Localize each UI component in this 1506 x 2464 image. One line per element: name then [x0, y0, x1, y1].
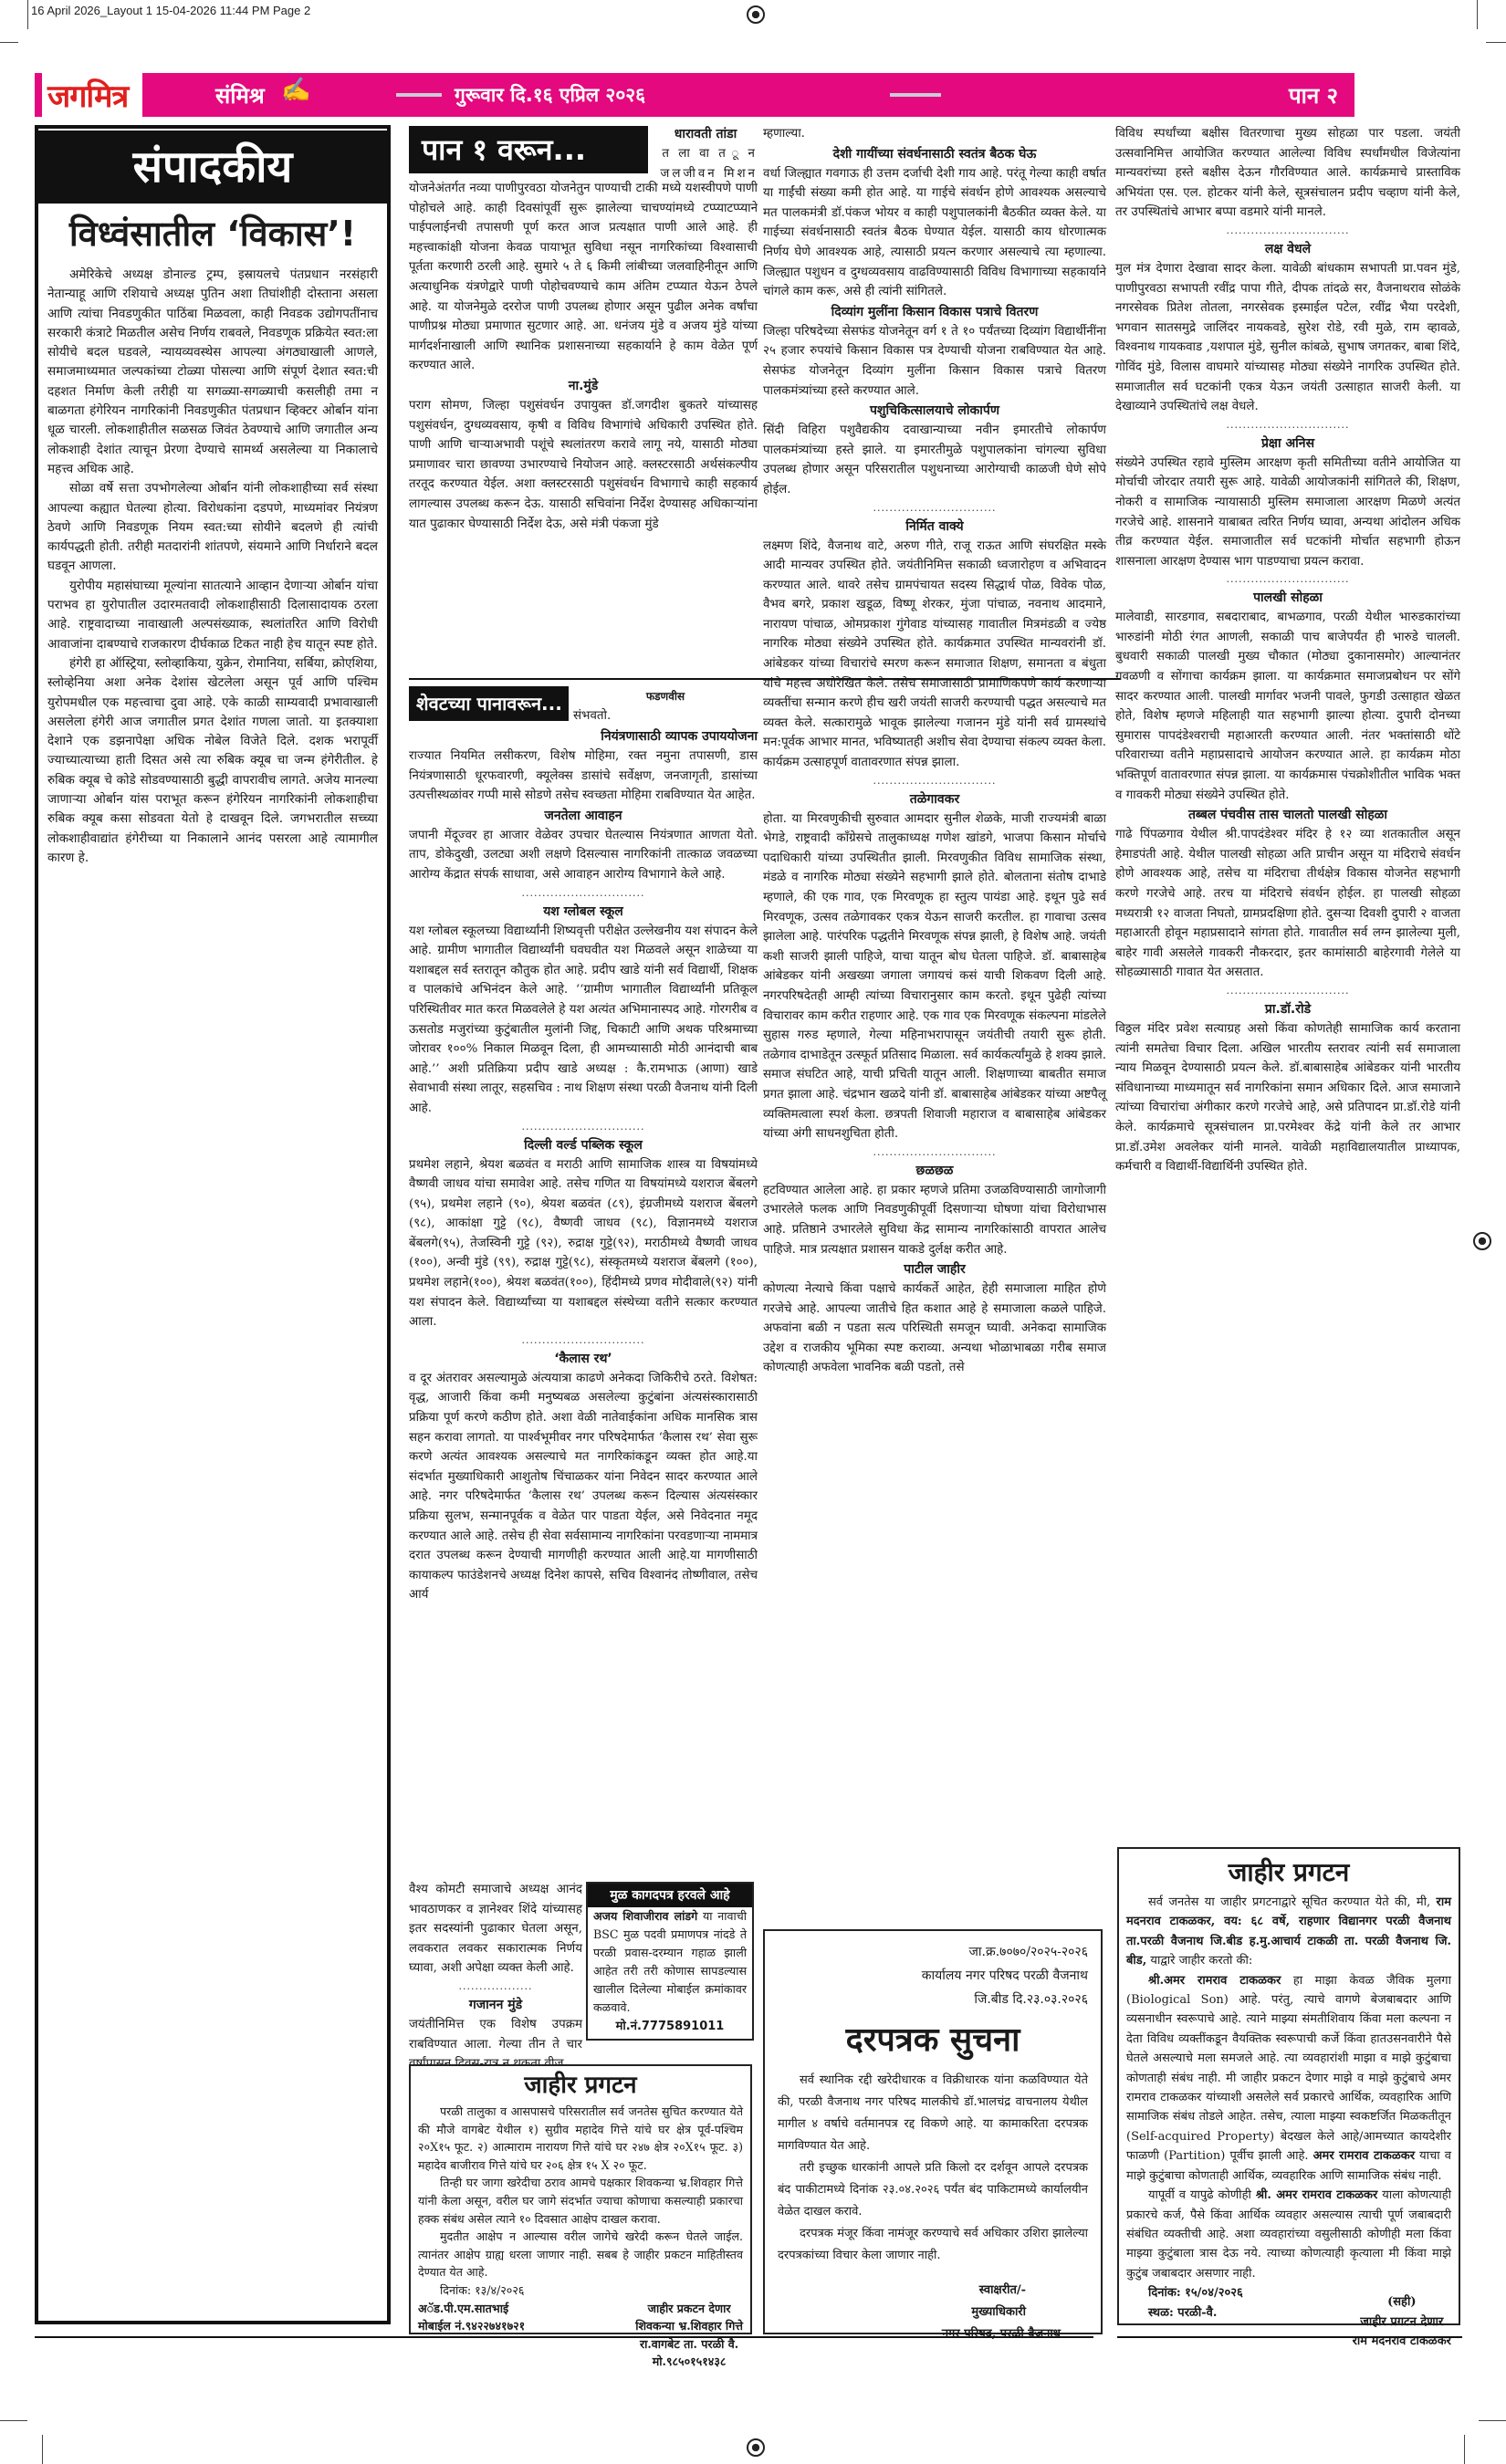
- column-3: म्हणाल्या. देशी गायींच्या संवर्धनासाठी स…: [763, 124, 1106, 1378]
- crop-mark: [0, 42, 18, 43]
- masthead-banner: जगमित्र संमिश्र ✍ गुरूवार दि.१६ एप्रिल २…: [35, 73, 1354, 117]
- article-paragraph: म्हणाल्या.: [763, 124, 1106, 144]
- newspaper-logo: जगमित्र: [47, 74, 128, 116]
- tender-notice: जा.क्र.७०७०/२०२५-२०२६ कार्यालय नगर परिषद…: [763, 1929, 1103, 2334]
- article-paragraph: सिंदी विहिरा पशुवैद्यकीय दवाखान्याच्या न…: [763, 421, 1106, 499]
- article-paragraph: योजनेअंतर्गत नव्या पाणीपुरवठा योजनेतुन प…: [409, 179, 758, 376]
- separator-dots: ..................: [409, 1979, 582, 1995]
- article-subhead: यश ग्लोबल स्कूल: [409, 902, 758, 922]
- notice-date: दिनांक: १५/०४/२०२६: [1148, 2283, 1243, 2302]
- article-subhead: निर्मित वाक्ये: [763, 517, 1106, 537]
- article-paragraph: कोणत्या नेत्याचे किंवा पक्षाचे कार्यकर्त…: [763, 1279, 1106, 1378]
- notice-signatures: अॅड.पी.एम.सातभाई मोबाईल नं.९४२२७४१७२१ जा…: [418, 2300, 743, 2371]
- separator-dots: ..............................: [763, 1144, 1106, 1161]
- article-subhead: तब्बल पंचवीस तास चालतो पालखी सोहळा: [1115, 805, 1460, 825]
- lost-documents-body: अजय शिवाजीराव लांडगे या नावाची BSC मुळ प…: [593, 1907, 747, 2017]
- article-paragraph: मालेवाडी, सारडगाव, सबदाराबाद, बाभळगाव, प…: [1115, 608, 1460, 805]
- separator-dots: ..............................: [409, 1332, 758, 1349]
- article-subhead: छळछळ: [763, 1161, 1106, 1181]
- editorial-paragraph: हंगेरी हा ऑस्ट्रिया, स्लोव्हाकिया, युक्र…: [47, 654, 378, 868]
- issuer-mobile: मो.९८५०१५१४३८: [635, 2353, 743, 2371]
- column-2-section2-top: फडणवीस संभवतो. नियंत्रणासाठी व्यापक उपाय…: [573, 686, 758, 747]
- registration-mark-icon: [1473, 1232, 1491, 1250]
- tender-ref-no: जा.क्र.७०७०/२०२५-२०२६: [778, 1940, 1088, 1964]
- notice-subject-name: श्री. अमर रामराव टाकळकर: [1256, 2188, 1378, 2202]
- editorial-title: विध्वंसातील ‘विकास’!: [38, 202, 387, 262]
- lead-fragment: त ला वा त ू न जलजीवन मिशन: [654, 144, 758, 183]
- tender-office: कार्यालय नगर परिषद परळी वैजनाथ: [778, 1964, 1088, 1988]
- article-paragraph: राज्यात नियमित लसीकरण, विशेष मोहिमा, रक्…: [409, 747, 758, 806]
- issue-date: गुरूवार दि.१६ एप्रिल २०२६: [455, 82, 645, 108]
- notice-text: याला कोणत्याही प्रकारचे कर्ज, पैसे किंवा…: [1126, 2188, 1451, 2281]
- tender-signature: स्वाक्षरीत/- मुख्याधिकारी नगर परिषद, परळ…: [778, 2280, 1088, 2345]
- column-2-body: योजनेअंतर्गत नव्या पाणीपुरवठा योजनेतुन प…: [409, 179, 758, 534]
- notice-paragraph: सर्व जनतेस या जाहीर प्रगटनाद्वारे सूचित …: [1126, 1893, 1451, 1971]
- article-subhead: पालखी सोहळा: [1115, 588, 1460, 608]
- article-paragraph: प्रथमेश लहाने, श्रेयश बळवंत व मराठी आणि …: [409, 1155, 758, 1332]
- notice-date: दिनांक: १३/४/२०२६: [418, 2281, 743, 2300]
- article-paragraph: विविध स्पर्धांच्या बक्षीस वितरणाचा मुख्य…: [1115, 124, 1460, 223]
- lost-documents-text: या नावाची BSC मुळ पदवी प्रमाणपत्र नांदडे…: [593, 1909, 747, 2014]
- notice-paragraph: तिन्ही घर जागा खरेदीचा ठराव आमचे पक्षकार…: [418, 2174, 743, 2228]
- notice-text: सर्व जनतेस या जाहीर प्रगटनाद्वारे सूचित …: [1148, 1895, 1437, 1909]
- crop-mark: [0, 2420, 27, 2421]
- notice-text: याद्वारे जाहीर करतो की:: [1146, 1954, 1252, 1968]
- signature-line: स्वाक्षरीत/-: [778, 2280, 1061, 2302]
- column-2-narrow: वैश्य कोमटी समाजाचे अध्यक्ष आनंद भावठाणक…: [409, 1880, 582, 2074]
- separator-dots: ..............................: [1115, 571, 1460, 588]
- notice-paragraph: मुदतीत आक्षेप न आल्यास वरील जागेचे खरेदी…: [418, 2228, 743, 2281]
- notice-paragraph: यापूर्वी व यापुढे कोणीही श्री. अमर रामरा…: [1126, 2186, 1451, 2283]
- masthead-rule: [890, 93, 941, 97]
- article-paragraph: वर्धा जिल्ह्यात गवगाऊ ही उत्तम दर्जाची द…: [763, 164, 1106, 302]
- editorial-paragraph: अमेरिकेचे अध्यक्ष डोनाल्ड ट्रम्प, इस्राय…: [47, 266, 378, 479]
- issuer-block: (सही) जाहीर प्रगटन देणार राम मदनराव टाकळ…: [1353, 2283, 1451, 2351]
- article-subhead: तळेगावकर: [763, 789, 1106, 809]
- print-slug: 16 April 2026_Layout 1 15-04-2026 11:44 …: [31, 4, 310, 17]
- separator-dots: ..............................: [763, 773, 1106, 789]
- article-subhead: दिल्ली वर्ल्ड पब्लिक स्कूल: [409, 1135, 758, 1155]
- article-paragraph: होता. या मिरवणुकीची सुरुवात आमदार सुनील …: [763, 809, 1106, 1144]
- tender-paragraph: तरी इच्छुक धारकांनी आपले प्रति किलो दर द…: [778, 2157, 1088, 2223]
- article-subhead: पाटील जाहीर: [763, 1259, 1106, 1279]
- issuer-address: रा.वागबेट ता. परळी वै.: [635, 2335, 743, 2354]
- tender-paragraph: दरपत्रक मंजूर किंवा नामंजूर करण्याचे सर्…: [778, 2223, 1088, 2267]
- notice-paragraph: परळी तालुका व आसपासचे परिसरातील सर्व जनत…: [418, 2103, 743, 2174]
- signature-mark: (सही): [1353, 2292, 1451, 2312]
- issuer-name: शिवकन्या भ्र.शिवहार गित्ते: [635, 2317, 743, 2335]
- article-subhead: प्रा.डॉ.रोडे: [1115, 999, 1460, 1019]
- separator-dots: ..............................: [763, 500, 1106, 517]
- public-notice-1: जाहीर प्रगटन परळी तालुका व आसपासचे परिसर…: [409, 2064, 752, 2334]
- separator-dots: ..............................: [1115, 983, 1460, 999]
- article-paragraph: लक्ष्मण शिंदे, वैजनाथ वाटे, अरुण गीते, र…: [763, 537, 1106, 773]
- notice-subject-name: अमर रामराव टाकळकर: [1313, 2149, 1415, 2163]
- continued-from-page1-header: पान १ वरून...: [409, 126, 648, 173]
- editorial-label: संपादकीय: [38, 129, 387, 202]
- lost-documents-ad: मुळ कागदपत्र हरवले आहे अजय शिवाजीराव लां…: [586, 1882, 754, 2041]
- date-place-block: दिनांक: १५/०४/२०२६ स्थळ: परळी-वै.: [1126, 2283, 1243, 2351]
- column-4: विविध स्पर्धांच्या बक्षीस वितरणाचा मुख्य…: [1115, 124, 1460, 1177]
- advocate-block: अॅड.पी.एम.सातभाई मोबाईल नं.९४२२७४१७२१: [418, 2300, 525, 2371]
- crop-mark: [1464, 2435, 1465, 2464]
- masthead-rule: [396, 93, 442, 97]
- article-paragraph: मुल मंत्र देणारा देखावा सादर केला. यावेळ…: [1115, 259, 1460, 417]
- crop-mark: [42, 2435, 43, 2464]
- article-paragraph: हटविण्यात आलेला आहे. हा प्रकार म्हणजे प्…: [763, 1181, 1106, 1259]
- continued-from-last-page-header: शेवटच्या पानावरून...: [409, 686, 569, 721]
- separator-dots: ..............................: [1115, 223, 1460, 239]
- column-2-top: धारावती तांडा त ला वा त ू न जलजीवन मिशन: [654, 124, 758, 183]
- registration-mark-icon: [747, 2438, 765, 2457]
- separator-dots: ..............................: [409, 1119, 758, 1135]
- public-notice-2: जाहीर प्रगटन सर्व जनतेस या जाहीर प्रगटना…: [1117, 1847, 1460, 2325]
- notice-title: जाहीर प्रगटन: [1126, 1853, 1451, 1893]
- article-subhead: दिव्यांग मुलींना किसान विकास पत्राचे वित…: [763, 302, 1106, 322]
- article-paragraph: पराग सोमण, जिल्हा पशुसंवर्धन उपायुक्त डॉ…: [409, 396, 758, 534]
- tender-paragraph: सर्व स्थानिक रद्दी खरेदीधारक व विक्रीधार…: [778, 2070, 1088, 2157]
- editorial-box: संपादकीय विध्वंसातील ‘विकास’! अमेरिकेचे …: [35, 125, 391, 2324]
- issuer-block: जाहीर प्रकटन देणार शिवकन्या भ्र.शिवहार ग…: [635, 2300, 743, 2371]
- column-2-section2: राज्यात नियमित लसीकरण, विशेष मोहिमा, रक्…: [409, 747, 758, 1605]
- advocate-name: अॅड.पी.एम.सातभाई: [418, 2300, 525, 2318]
- article-subhead: देशी गायींच्या संवर्धनासाठी स्वतंत्र बैठ…: [763, 144, 1106, 164]
- article-subhead: ‘कैलास रथ’: [409, 1349, 758, 1369]
- issuer-label: जाहीर प्रगटन देणार: [1353, 2313, 1451, 2332]
- editorial-body: अमेरिकेचे अध्यक्ष डोनाल्ड ट्रम्प, इस्राय…: [38, 262, 387, 868]
- signature-title: मुख्याधिकारी: [778, 2302, 1061, 2323]
- registration-mark-icon: [747, 5, 765, 24]
- article-subhead: प्रेक्षा अनिस: [1115, 433, 1460, 454]
- article-subhead: पशुचिकित्सालयाचे लोकार्पण: [763, 401, 1106, 421]
- editorial-paragraph: युरोपीय महासंघाच्या मूल्यांना सातत्याने …: [47, 577, 378, 654]
- editorial-paragraph: सोळा वर्षे सत्ता उपभोगलेल्या ओर्बान यांन…: [47, 479, 378, 576]
- notice-text: यापूर्वी व यापुढे कोणीही: [1148, 2188, 1256, 2202]
- article-subhead: ना.मुंडे: [409, 376, 758, 396]
- column-rule: [1117, 2336, 1462, 2338]
- article-subhead: गजानन मुंडे: [409, 1995, 582, 2015]
- dateline: धारावती तांडा: [654, 124, 758, 144]
- issuer-label: जाहीर प्रकटन देणार: [635, 2300, 743, 2318]
- logo-block: जगमित्र: [35, 69, 142, 120]
- crop-mark: [1477, 0, 1478, 29]
- article-paragraph: जिल्हा परिषदेच्या सेसफंड योजनेतून वर्ग १…: [763, 322, 1106, 401]
- lost-documents-mobile: मो.नं.7775891011: [593, 2017, 747, 2037]
- notice-title: जाहीर प्रगटन: [418, 2068, 743, 2103]
- dateline: फडणवीस: [573, 686, 758, 706]
- article-subhead: नियंत्रणासाठी व्यापक उपाययोजना: [573, 726, 758, 747]
- issuer-name: राम मदनराव टाकळकर: [1353, 2332, 1451, 2351]
- article-subhead: लक्ष वेधले: [1115, 239, 1460, 259]
- page-number: पान २: [1289, 80, 1338, 110]
- advocate-mobile: मोबाईल नं.९४२२७४१७२१: [418, 2317, 525, 2335]
- tender-title: दरपत्रक सुचना: [778, 2011, 1088, 2070]
- notice-place: स्थळ: परळी-वै.: [1148, 2303, 1243, 2323]
- article-paragraph: यश ग्लोबल स्कूलच्या विद्यार्थ्यांनी शिष्…: [409, 922, 758, 1119]
- article-paragraph: व दूर अंतरावर असल्यामुळे अंत्ययात्रा काढ…: [409, 1369, 758, 1605]
- article-paragraph: संख्येने उपस्थित रहावे मुस्लिम आरक्षण कृ…: [1115, 454, 1460, 572]
- article-paragraph: वैश्य कोमटी समाजाचे अध्यक्ष आनंद भावठाणक…: [409, 1880, 582, 1979]
- separator-dots: ..............................: [1115, 417, 1460, 433]
- notice-subject-name: श्री.अमर रामराव टाकळकर: [1148, 1974, 1281, 1988]
- tender-district-date: जि.बीड दि.२३.०३.२०२६: [778, 1988, 1088, 2011]
- lost-documents-header: मुळ कागदपत्र हरवले आहे: [588, 1884, 752, 1907]
- article-subhead: जनतेला आवाहन: [409, 806, 758, 826]
- section-name: संमिश्र: [215, 80, 265, 110]
- crop-mark: [1479, 2420, 1506, 2421]
- notice-signatures: दिनांक: १५/०४/२०२६ स्थळ: परळी-वै. (सही) …: [1126, 2283, 1451, 2351]
- notice-paragraph: श्री.अमर रामराव टाकळकर हा माझा केवळ जैवि…: [1126, 1971, 1451, 2186]
- lost-documents-name: अजय शिवाजीराव लांडगे: [593, 1909, 697, 1923]
- article-paragraph: विठ्ठल मंदिर प्रवेश सत्याग्रह असो किंवा …: [1115, 1019, 1460, 1177]
- pen-in-hand-icon: ✍: [281, 77, 310, 104]
- article-paragraph: गाढे पिंपळगाव येथील श्री.पापदंडेश्वर मंद…: [1115, 825, 1460, 983]
- logo-bar: [35, 73, 42, 117]
- separator-dots: ..............................: [409, 885, 758, 902]
- article-paragraph: जपानी मेंदूज्वर हा आजार वेळेवर उपचार घेत…: [409, 826, 758, 885]
- crop-mark: [27, 0, 28, 29]
- lead-fragment: संभवतो.: [573, 706, 758, 726]
- crop-mark: [1486, 42, 1506, 43]
- notice-text: हा माझा केवळ जैविक मुलगा (Biological Son…: [1126, 1974, 1451, 2164]
- signature-office: नगर परिषद, परळी वैजनाथ: [778, 2323, 1061, 2345]
